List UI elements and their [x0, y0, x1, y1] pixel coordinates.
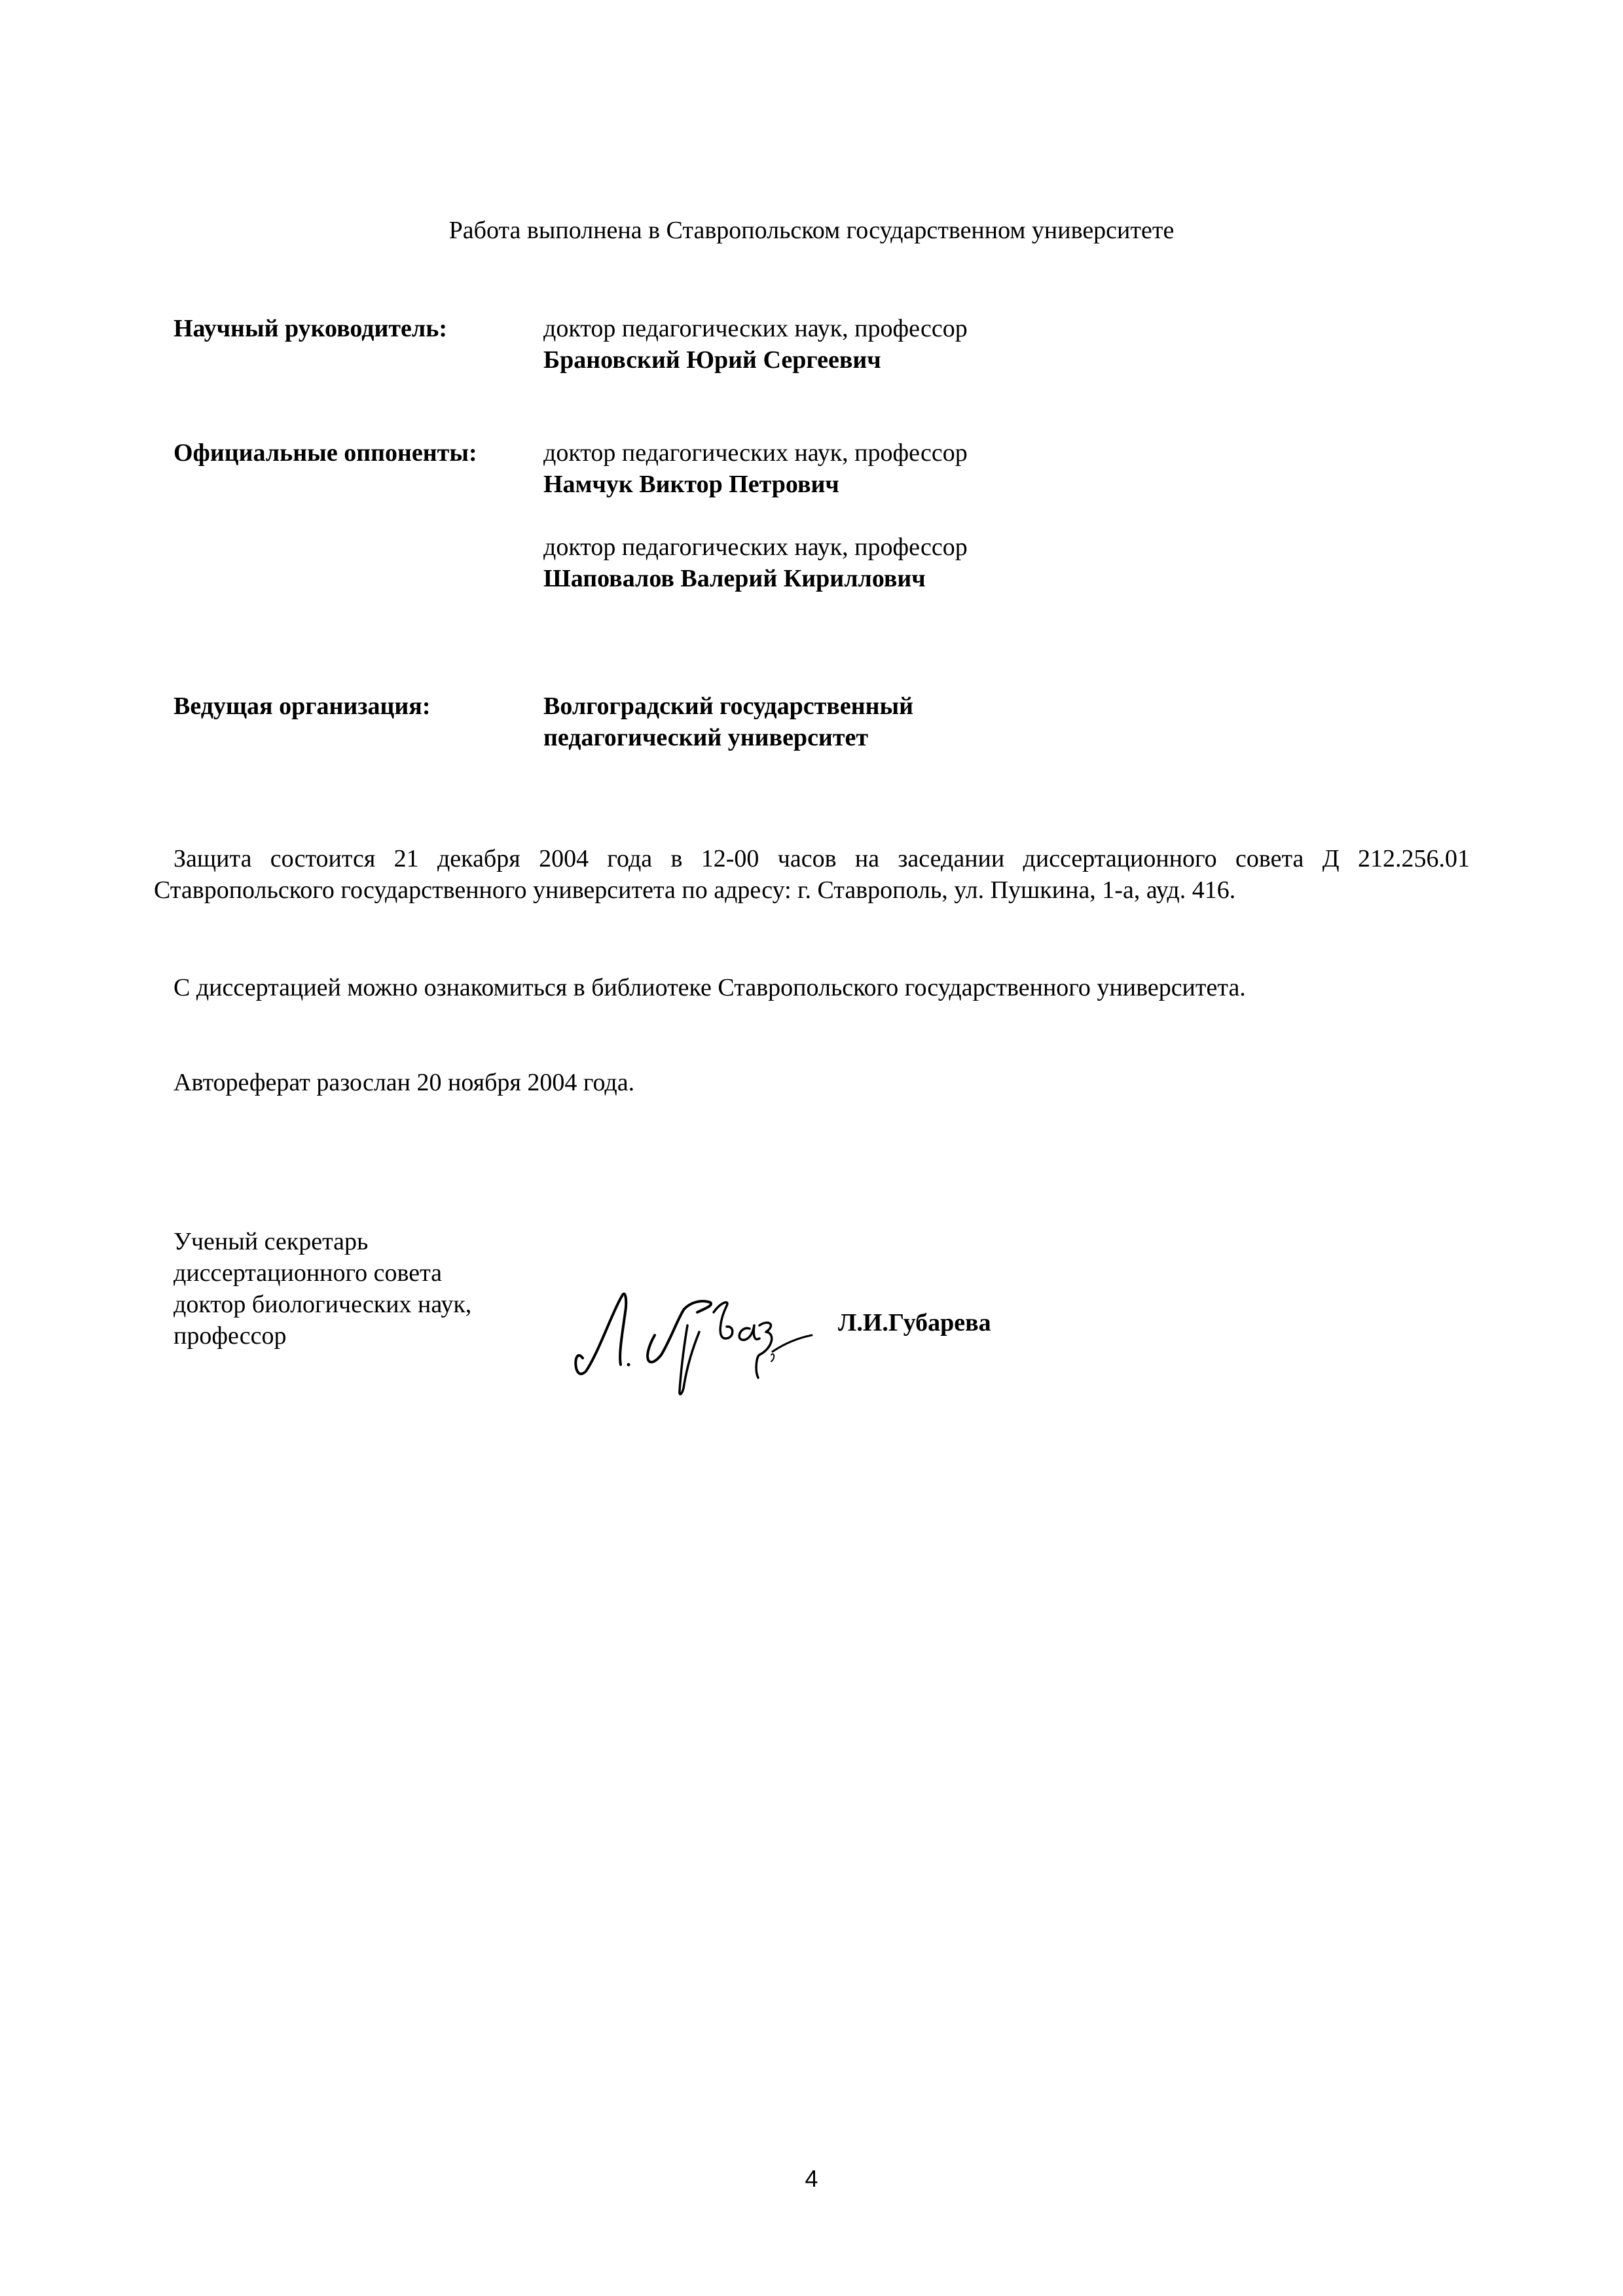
secretary-line-2: диссертационного совета [173, 1257, 442, 1289]
opponent-1-degree: доктор педагогических наук, профессор [543, 437, 968, 469]
leading-organization-line1: Волгоградский государственный [543, 691, 913, 722]
supervisor-degree: доктор педагогических наук, профессор [543, 313, 968, 344]
defense-paragraph-line1: Защита состоится 21 декабря 2004 года в … [154, 843, 1470, 874]
secretary-line-4: профессор [173, 1320, 287, 1352]
institution-line: Работа выполнена в Ставропольском госуда… [0, 215, 1623, 246]
secretary-name: Л.И.Губарева [838, 1307, 991, 1338]
leading-organization-label: Ведущая организация: [173, 691, 431, 722]
opponents-label: Официальные оппоненты: [173, 437, 477, 469]
page-number: 4 [0, 2163, 1623, 2195]
defense-paragraph: Защита состоится 21 декабря 2004 года в … [154, 843, 1470, 906]
opponent-1-name: Намчук Виктор Петрович [543, 469, 839, 500]
defense-paragraph-line2: Ставропольского государственного универс… [154, 874, 1470, 906]
supervisor-name: Брановский Юрий Сергеевич [543, 344, 881, 376]
opponent-2-degree: доктор педагогических наук, профессор [543, 531, 968, 563]
secretary-line-3: доктор биологических наук, [173, 1289, 471, 1320]
supervisor-label: Научный руководитель: [173, 313, 447, 344]
opponent-2-name: Шаповалов Валерий Кириллович [543, 563, 926, 594]
leading-organization-line2: педагогический университет [543, 722, 868, 753]
distribution-paragraph: Автореферат разослан 20 ноября 2004 года… [173, 1067, 634, 1098]
library-paragraph: С диссертацией можно ознакомиться в библ… [173, 972, 1246, 1003]
handwritten-signature-icon [563, 1273, 818, 1397]
secretary-line-1: Ученый секретарь [173, 1226, 368, 1257]
